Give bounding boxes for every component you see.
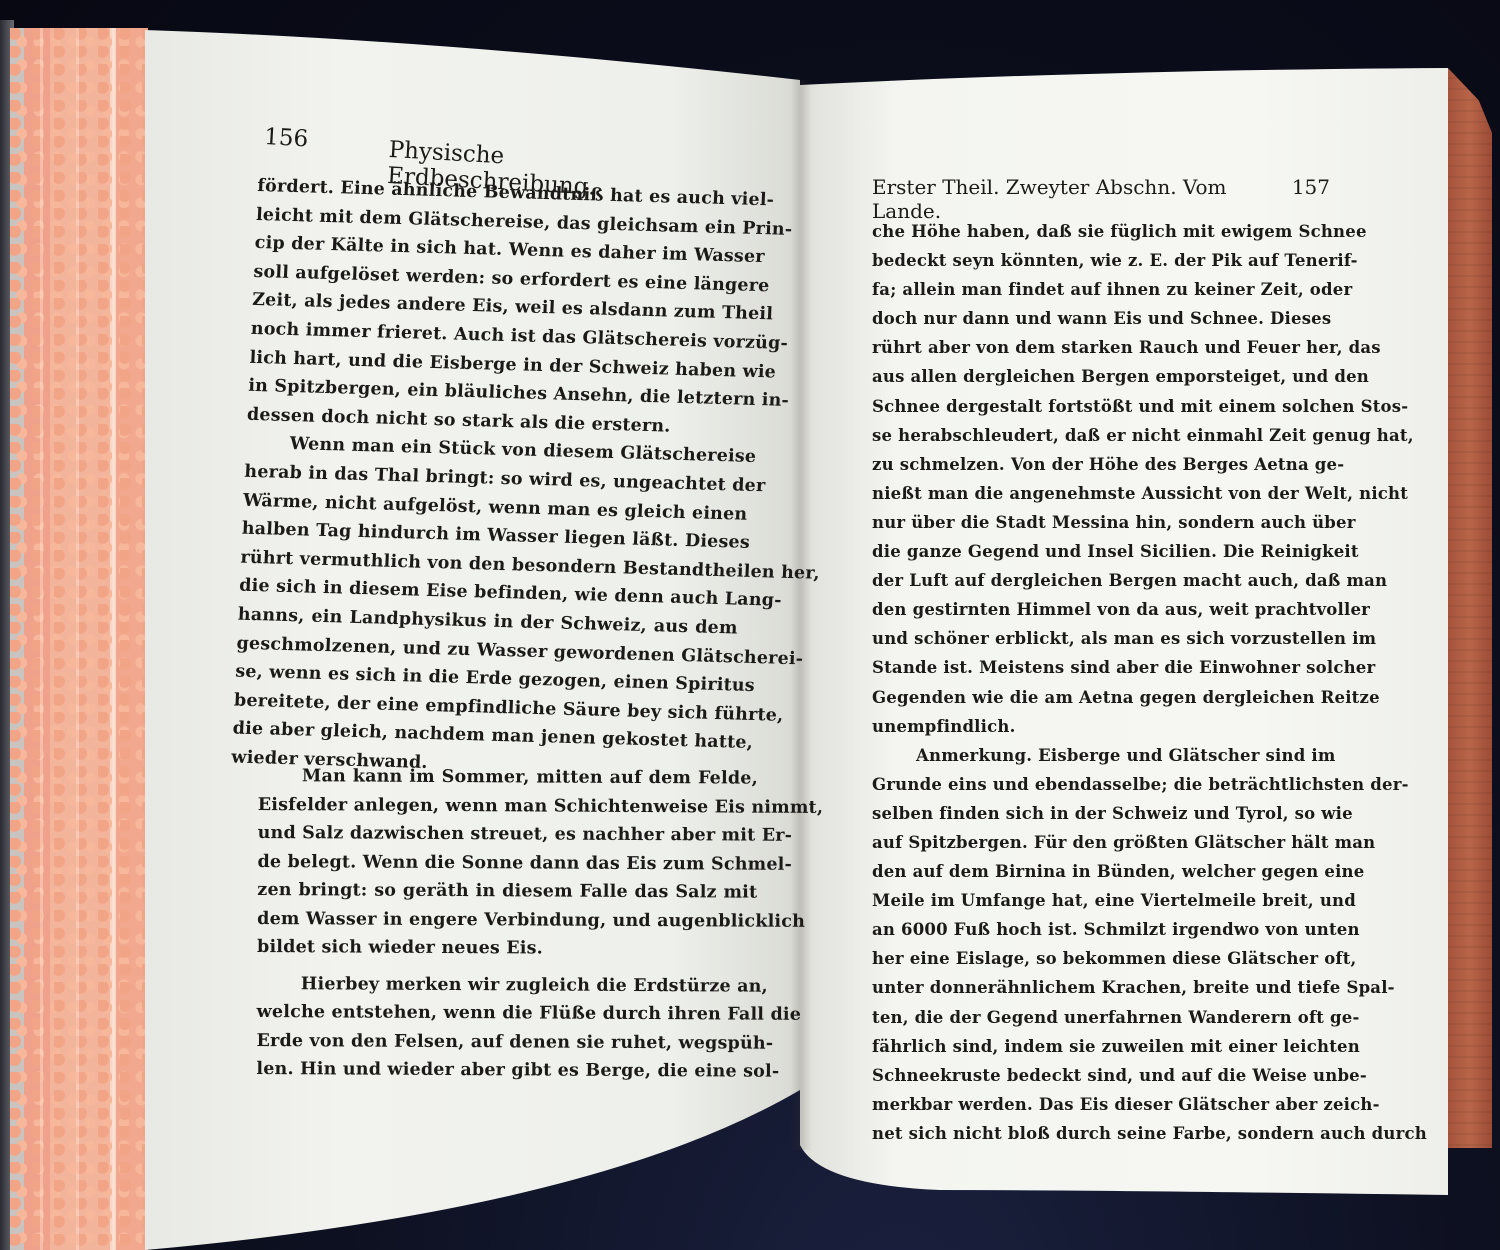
text-line: zu schmelzen. Von der Höhe des Berges Ae… — [872, 450, 1330, 479]
text-line: net sich nicht bloß durch seine Farbe, s… — [872, 1119, 1330, 1148]
text-line: Man kann im Sommer, mitten auf dem Felde… — [258, 762, 758, 793]
text-line: Hierbey merken wir zugleich die Erdstürz… — [257, 969, 757, 1000]
text-line: Schneekruste bedeckt sind, und auf die W… — [872, 1061, 1330, 1090]
text-line: de belegt. Wenn die Sonne dann das Eis z… — [257, 847, 757, 878]
text-line: aus allen dergleichen Bergen emporsteige… — [872, 362, 1330, 391]
text-line: an 6000 Fuß hoch ist. Schmilzt irgendwo … — [872, 915, 1330, 944]
text-line: len. Hin und wieder aber gibt es Berge, … — [256, 1055, 756, 1086]
text-line: Grunde eins und ebendasselbe; die beträc… — [872, 770, 1330, 799]
right-page-text: che Höhe haben, daß sie füglich mit ewig… — [872, 217, 1330, 1148]
text-line: nießt man die angenehmste Aussicht von d… — [872, 479, 1330, 508]
text-line: Anmerkung. Eisberge und Glätscher sind i… — [872, 741, 1330, 770]
left-page-block-edge — [10, 28, 148, 1250]
text-line: den gestirnten Himmel von da aus, weit p… — [872, 595, 1330, 624]
text-line: welche entstehen, wenn die Flüße durch i… — [257, 998, 757, 1029]
text-line: ten, die der Gegend unerfahrnen Wanderer… — [872, 1003, 1330, 1032]
text-line: den auf dem Birnina in Bünden, welcher g… — [872, 857, 1330, 886]
text-line: selben finden sich in der Schweiz und Ty… — [872, 799, 1330, 828]
text-line: her eine Eislage, so bekommen diese Glät… — [872, 944, 1330, 973]
text-line: nur über die Stadt Messina hin, sondern … — [872, 508, 1330, 537]
text-line: Eisfelder anlegen, wenn man Schichtenwei… — [258, 790, 758, 821]
text-line: auf Spitzbergen. Für den größten Glätsch… — [872, 828, 1330, 857]
text-line: bildet sich wieder neues Eis. — [257, 933, 757, 964]
text-line: doch nur dann und wann Eis und Schnee. D… — [872, 304, 1330, 333]
text-line: fährlich sind, indem sie zuweilen mit ei… — [872, 1032, 1330, 1061]
text-line: merkbar werden. Das Eis dieser Glätscher… — [872, 1090, 1330, 1119]
text-line: der Luft auf dergleichen Bergen macht au… — [872, 566, 1330, 595]
left-page-number: 156 — [264, 124, 309, 152]
right-running-head: Erster Theil. Zweyter Abschn. Vom Lande. — [872, 175, 1292, 223]
right-page-number: 157 — [1292, 175, 1330, 223]
book-gutter — [790, 80, 812, 1150]
text-line: fa; allein man findet auf ihnen zu keine… — [872, 275, 1330, 304]
left-page-text: fördert. Eine ähnliche Bewandtniß hat es… — [231, 172, 758, 786]
text-line: Meile im Umfange hat, eine Viertelmeile … — [872, 886, 1330, 915]
text-line: rührt aber von dem starken Rauch und Feu… — [872, 333, 1330, 362]
right-page-block-edge — [1448, 68, 1492, 1148]
text-line: die ganze Gegend und Insel Sicilien. Die… — [872, 537, 1330, 566]
text-line: unter donnerähnlichem Krachen, breite un… — [872, 973, 1330, 1002]
text-line: se herabschleudert, daß er nicht einmahl… — [872, 421, 1330, 450]
text-line: Stande ist. Meistens sind aber die Einwo… — [872, 653, 1330, 682]
text-line: und Salz dazwischen streuet, es nachher … — [258, 819, 758, 850]
left-page-text-lower: Man kann im Sommer, mitten auf dem Felde… — [256, 762, 758, 1086]
text-line: zen bringt: so geräth in diesem Falle da… — [257, 876, 757, 907]
text-line: und schöner erblickt, als man es sich vo… — [872, 624, 1330, 653]
text-line: bedeckt seyn könnten, wie z. E. der Pik … — [872, 246, 1330, 275]
text-line: Schnee dergestalt fortstößt und mit eine… — [872, 392, 1330, 421]
text-line: Erde von den Felsen, auf denen sie ruhet… — [256, 1026, 756, 1057]
text-line: unempfindlich. — [872, 712, 1330, 741]
text-line: che Höhe haben, daß sie füglich mit ewig… — [872, 217, 1330, 246]
text-line: dem Wasser in engere Verbindung, und aug… — [257, 904, 757, 935]
right-page-header: Erster Theil. Zweyter Abschn. Vom Lande.… — [872, 175, 1330, 223]
text-line: Gegenden wie die am Aetna gegen dergleic… — [872, 683, 1330, 712]
